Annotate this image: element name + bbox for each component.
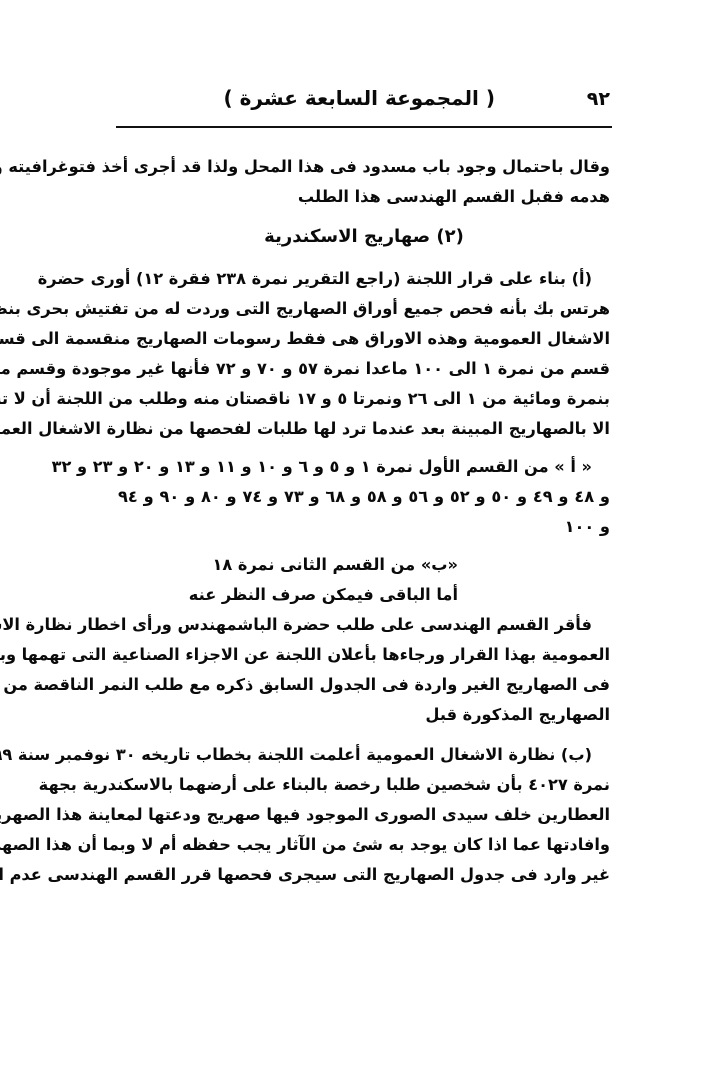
document-page: ٩٢ ( المجموعة السابعة عشرة ) وقال باحتما…	[118, 84, 610, 118]
text-line: (أ) بناء على قرار اللجنة (راجع التقرير ن…	[118, 264, 610, 294]
header-rule	[116, 126, 612, 128]
page-number: ٩٢	[587, 88, 610, 110]
text-line: وافادتها عما اذا كان يوجد به شئ من الآثا…	[118, 830, 610, 860]
list-item: « أ » من القسم الأول نمرة ١ و ٥ و ٦ و ١٠…	[118, 452, 610, 482]
text-line: الا بالصهاريج المبينة بعد عندما ترد لها …	[118, 414, 610, 444]
text-line: فى الصهاريج الغير واردة فى الجدول السابق…	[118, 670, 610, 700]
text-line: (ب) نظارة الاشغال العمومية أعلمت اللجنة …	[118, 740, 610, 770]
text-line: قسم من نمرة ١ الى ١٠٠ ماعدا نمرة ٥٧ و ٧٠…	[118, 354, 610, 384]
section-title: (٢) صهاريج الاسكندرية	[118, 212, 610, 264]
page-body: وقال باحتمال وجود باب مسدود فى هذا المحل…	[118, 152, 610, 890]
list-item: و ١٠٠	[118, 512, 610, 542]
text-line: الصهاريج المذكورة قبل	[118, 700, 610, 730]
text-line: الاشغال العمومية وهذه الاوراق هى فقط رسو…	[118, 324, 610, 354]
list-item: «ب» من القسم الثانى نمرة ١٨	[118, 550, 610, 580]
running-title: ( المجموعة السابعة عشرة )	[224, 86, 495, 110]
page-header: ٩٢ ( المجموعة السابعة عشرة )	[118, 84, 610, 118]
text-line: غير وارد فى جدول الصهاريج التى سيجرى فحص…	[118, 860, 610, 890]
text-line: هدمه فقبل القسم الهندسى هذا الطلب	[118, 182, 610, 212]
text-line: نمرة ٤٠٢٧ بأن شخصين طلبا رخصة بالبناء عل…	[118, 770, 610, 800]
text-line: وقال باحتمال وجود باب مسدود فى هذا المحل…	[118, 152, 610, 182]
text-line: العمومية بهذا القرار ورجاءها بأعلان اللج…	[118, 640, 610, 670]
text-line: هرتس بك بأنه فحص جميع أوراق الصهاريج الت…	[118, 294, 610, 324]
text-line: بنمرة ومائية من ١ الى ٢٦ ونمرتا ٥ و ١٧ ن…	[118, 384, 610, 414]
text-line: العطارين خلف سيدى الصورى الموجود فيها صه…	[118, 800, 610, 830]
text-line: فأقر القسم الهندسى على طلب حضرة الباشمهن…	[118, 610, 610, 640]
list-item: أما الباقى فيمكن صرف النظر عنه	[118, 580, 610, 610]
list-item: و ٤٨ و ٤٩ و ٥٠ و ٥٢ و ٥٦ و ٥٨ و ٦٨ و ٧٣ …	[118, 482, 610, 512]
